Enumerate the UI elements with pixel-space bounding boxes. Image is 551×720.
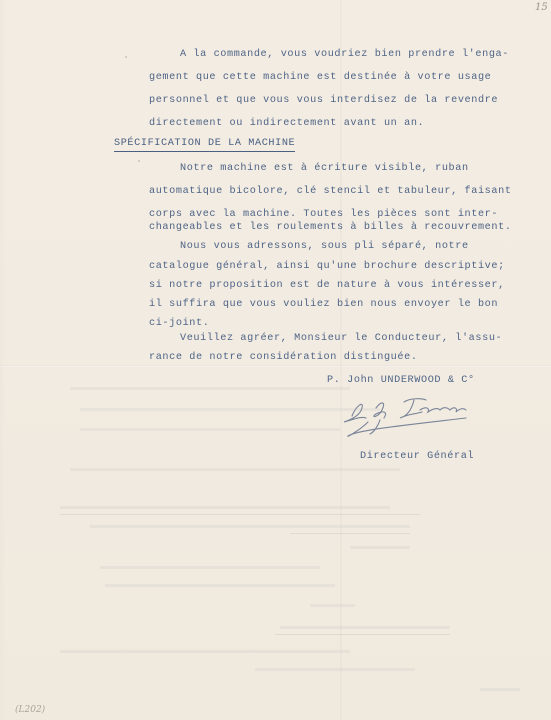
ink-speck xyxy=(125,56,127,58)
text-line: si notre proposition est de nature à vou… xyxy=(149,281,505,291)
text-line: ci-joint. xyxy=(149,319,209,329)
text-line: gement que cette machine est destinée à … xyxy=(149,73,491,83)
ink-speck xyxy=(138,160,140,162)
text-line: directement ou indirectement avant un an… xyxy=(149,119,424,129)
text-line: automatique bicolore, clé stencil et tab… xyxy=(149,187,512,197)
text-line: personnel et que vous vous interdisez de… xyxy=(149,96,498,106)
text-line: changeables et les roulements à billes à… xyxy=(149,223,512,233)
handwritten-signature xyxy=(338,396,478,442)
page-number: 15 xyxy=(535,2,548,13)
text-line: catalogue général, ainsi qu'une brochure… xyxy=(149,262,505,272)
paper-fold xyxy=(0,365,551,367)
text-line: Nous vous adressons, sous pli séparé, no… xyxy=(180,242,469,252)
signatory-title: Directeur Général xyxy=(360,452,474,462)
text-line: il suffira que vous vouliez bien nous en… xyxy=(149,300,498,310)
section-heading: SPÉCIFICATION DE LA MACHINE xyxy=(114,138,295,152)
text-line: A la commande, vous voudriez bien prendr… xyxy=(180,50,509,60)
text-line: Notre machine est à écriture visible, ru… xyxy=(180,164,469,174)
text-line: rance de notre considération distinguée. xyxy=(149,353,418,363)
text-line: corps avec la machine. Toutes les pièces… xyxy=(149,210,498,220)
company-name: P. John UNDERWOOD & C° xyxy=(327,376,475,386)
archive-reference: (L202) xyxy=(15,705,45,715)
text-line: Veuillez agréer, Monsieur le Conducteur,… xyxy=(180,334,502,344)
